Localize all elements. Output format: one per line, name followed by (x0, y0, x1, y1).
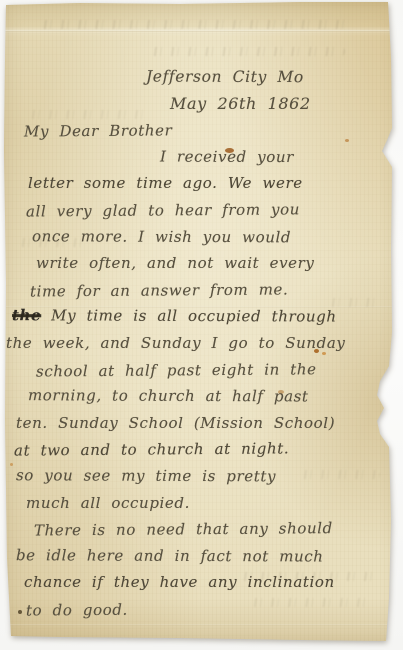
letter-location: Jefferson City Mo (146, 63, 403, 91)
letter-line: There is no need that any should (34, 515, 403, 544)
letter-line: letter some time ago. We were (28, 170, 403, 197)
letter-text: Jefferson City Mo May 26th 1862 My Dear … (0, 64, 403, 622)
paper-shadow: Jefferson City Mo May 26th 1862 My Dear … (0, 0, 403, 650)
letter-line: once more. I wish you would (32, 223, 403, 251)
letter-line: ten. Sunday School (Mission School) (16, 410, 403, 437)
letter-line: to do good. (26, 594, 403, 624)
letter-line: be idle here and in fact not much (16, 542, 403, 570)
letter-line: all very glad to hear from you (26, 195, 403, 225)
fold-crease (0, 30, 403, 32)
bleedthrough-writing (40, 20, 350, 29)
letter-date: May 26th 1862 (170, 91, 403, 118)
struck-out-word: the (12, 306, 41, 324)
bleedthrough-writing (150, 47, 345, 56)
letter-line: write often, and not wait every (36, 250, 403, 277)
fold-crease (0, 624, 403, 626)
letter-paper: Jefferson City Mo May 26th 1862 My Dear … (0, 0, 403, 650)
letter-line: school at half past eight in the (36, 355, 403, 384)
letter-line: time for an answer from me. (30, 275, 403, 305)
letter-line: the week, and Sunday I go to Sunday (6, 330, 403, 357)
letter-line: so you see my time is pretty (16, 462, 403, 490)
letter-line: chance if they have any inclination (24, 569, 403, 596)
letter-line: at two and to church at night. (14, 435, 403, 465)
letter-line: morning, to church at half past (28, 382, 403, 410)
letter-line: much all occupied. (26, 490, 403, 517)
letter-line: I received your (160, 143, 403, 171)
letter-salutation: My Dear Brother (24, 116, 403, 146)
letter-line-with-strikeout: theMy time is all occupied through (12, 302, 403, 330)
scanned-letter-page: Jefferson City Mo May 26th 1862 My Dear … (0, 0, 403, 650)
letter-line: My time is all occupied through (51, 307, 336, 326)
